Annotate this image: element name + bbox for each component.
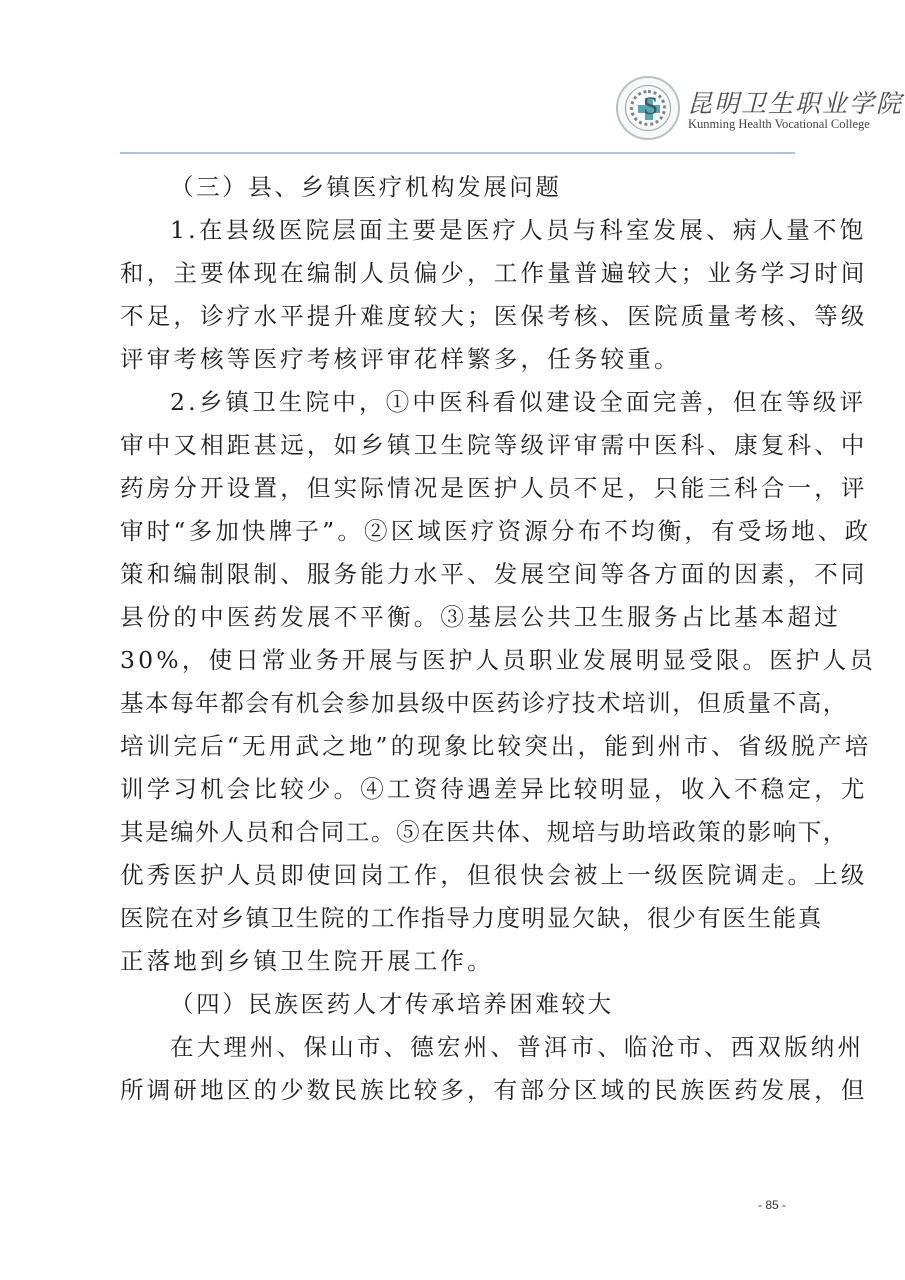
paragraph-line: 培训完后“无用武之地”的现象比较突出，能到州市、省级脱产培 — [120, 731, 800, 761]
paragraph-line: 审时“多加快牌子”。②区域医疗资源分布不均衡，有受场地、政 — [120, 516, 800, 546]
section-heading: （四）民族医药人才传承培养困难较大 — [170, 989, 850, 1019]
seal-snake-icon: S — [643, 93, 655, 123]
paragraph-line: 不足，诊疗水平提升难度较大；医保考核、医院质量考核、等级 — [120, 301, 800, 331]
paragraph-line: 策和编制限制、服务能力水平、发展空间等各方面的因素，不同 — [120, 559, 800, 589]
paragraph-line: 评审考核等医疗考核评审花样繁多，任务较重。 — [120, 344, 800, 374]
page-header: S 昆明卫生职业学院 Kunming Health Vocational Col… — [0, 0, 905, 160]
page-number: - 85 - — [758, 1198, 786, 1212]
section-heading: （三）县、乡镇医疗机构发展问题 — [170, 172, 850, 202]
paragraph-line: 优秀医护人员即使回岗工作，但很快会被上一级医院调走。上级 — [120, 860, 800, 890]
college-name-chinese: 昆明卫生职业学院 — [687, 84, 887, 120]
paragraph-line: 正落地到乡镇卫生院开展工作。 — [120, 946, 800, 976]
college-name-english: Kunming Health Vocational College — [688, 117, 870, 132]
paragraph-line: 所调研地区的少数民族比较多，有部分区域的民族医药发展，但 — [120, 1075, 800, 1105]
paragraph-line: 审中又相距甚远，如乡镇卫生院等级评审需中医科、康复科、中 — [120, 430, 800, 460]
paragraph-line: 基本每年都会有机会参加县级中医药诊疗技术培训，但质量不高， — [120, 688, 800, 718]
paragraph-line: 训学习机会比较少。④工资待遇差异比较明显，收入不稳定，尤 — [120, 774, 800, 804]
paragraph-line: 县份的中医药发展不平衡。③基层公共卫生服务占比基本超过 — [120, 602, 800, 632]
paragraph-line: 2.乡镇卫生院中，①中医科看似建设全面完善，但在等级评 — [170, 387, 850, 417]
college-seal-logo-icon: S — [616, 76, 680, 140]
paragraph-line: 药房分开设置，但实际情况是医护人员不足，只能三科合一，评 — [120, 473, 800, 503]
paragraph-line: 其是编外人员和合同工。⑤在医共体、规培与助培政策的影响下， — [120, 817, 800, 847]
paragraph-line: 和，主要体现在编制人员偏少，工作量普遍较大；业务学习时间 — [120, 258, 800, 288]
paragraph-line: 30%，使日常业务开展与医护人员职业发展明显受限。医护人员 — [120, 645, 800, 675]
paragraph-line: 在大理州、保山市、德宏州、普洱市、临沧市、西双版纳州 — [170, 1032, 850, 1062]
paragraph-line: 1.在县级医院层面主要是医疗人员与科室发展、病人量不饱 — [170, 215, 850, 245]
paragraph-line: 医院在对乡镇卫生院的工作指导力度明显欠缺，很少有医生能真 — [120, 903, 800, 933]
header-divider — [120, 152, 795, 154]
